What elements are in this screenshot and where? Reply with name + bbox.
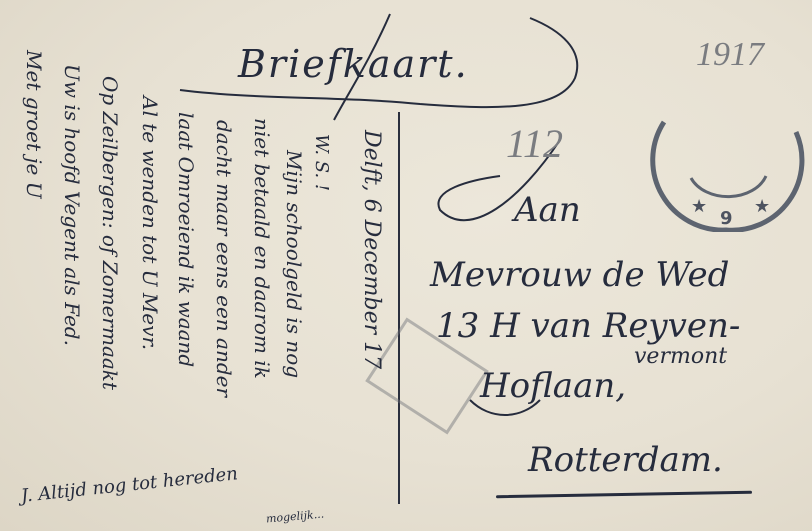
address-divider — [398, 112, 400, 504]
address-prefix: Aan — [514, 190, 581, 230]
postcard: Briefkaart. 1917 112 ★ ★ 9 Aan Mevrouw d… — [0, 0, 812, 531]
address-line-2: 13 H van Reyven- — [436, 306, 740, 346]
message-footer-small: mogelijk... — [266, 507, 325, 525]
postmark-number: 9 — [720, 208, 733, 229]
message-line: Op Zeilbergen: of Zomermaakt — [98, 76, 122, 390]
address-line-4: Rotterdam. — [528, 440, 723, 480]
message-line: W. S. ! — [311, 134, 332, 191]
address-line-3: Hoflaan, — [480, 366, 626, 406]
address-line-1: Mevrouw de Wed — [430, 255, 729, 295]
message-footer: J. Altijd nog tot hereden — [20, 463, 239, 507]
address-underline — [496, 491, 752, 498]
message-line: Met groet je U — [22, 50, 46, 199]
svg-text:★: ★ — [691, 196, 707, 217]
message-line: niet betaald en daarom ik — [250, 118, 274, 379]
pencil-reference: 112 — [506, 120, 563, 167]
message-line: Mijn schoolgeld is nog — [282, 150, 306, 378]
pencil-year: 1917 — [696, 36, 764, 74]
message-line: dacht maar eens een ander — [212, 120, 236, 397]
svg-text:★: ★ — [754, 196, 770, 217]
postmark-icon: ★ ★ 9 — [646, 92, 806, 232]
message-line: laat Omroeiend ik waand — [174, 112, 198, 367]
message-date: Delft, 6 December 17 — [359, 130, 384, 369]
postcard-title: Briefkaart. — [238, 42, 469, 86]
message-line: Uw is hoofd Vegent als Fed. — [60, 64, 84, 346]
message-line: Al te wenden tot U Mevr. — [138, 96, 162, 350]
address-line-2b: vermont — [634, 344, 727, 369]
